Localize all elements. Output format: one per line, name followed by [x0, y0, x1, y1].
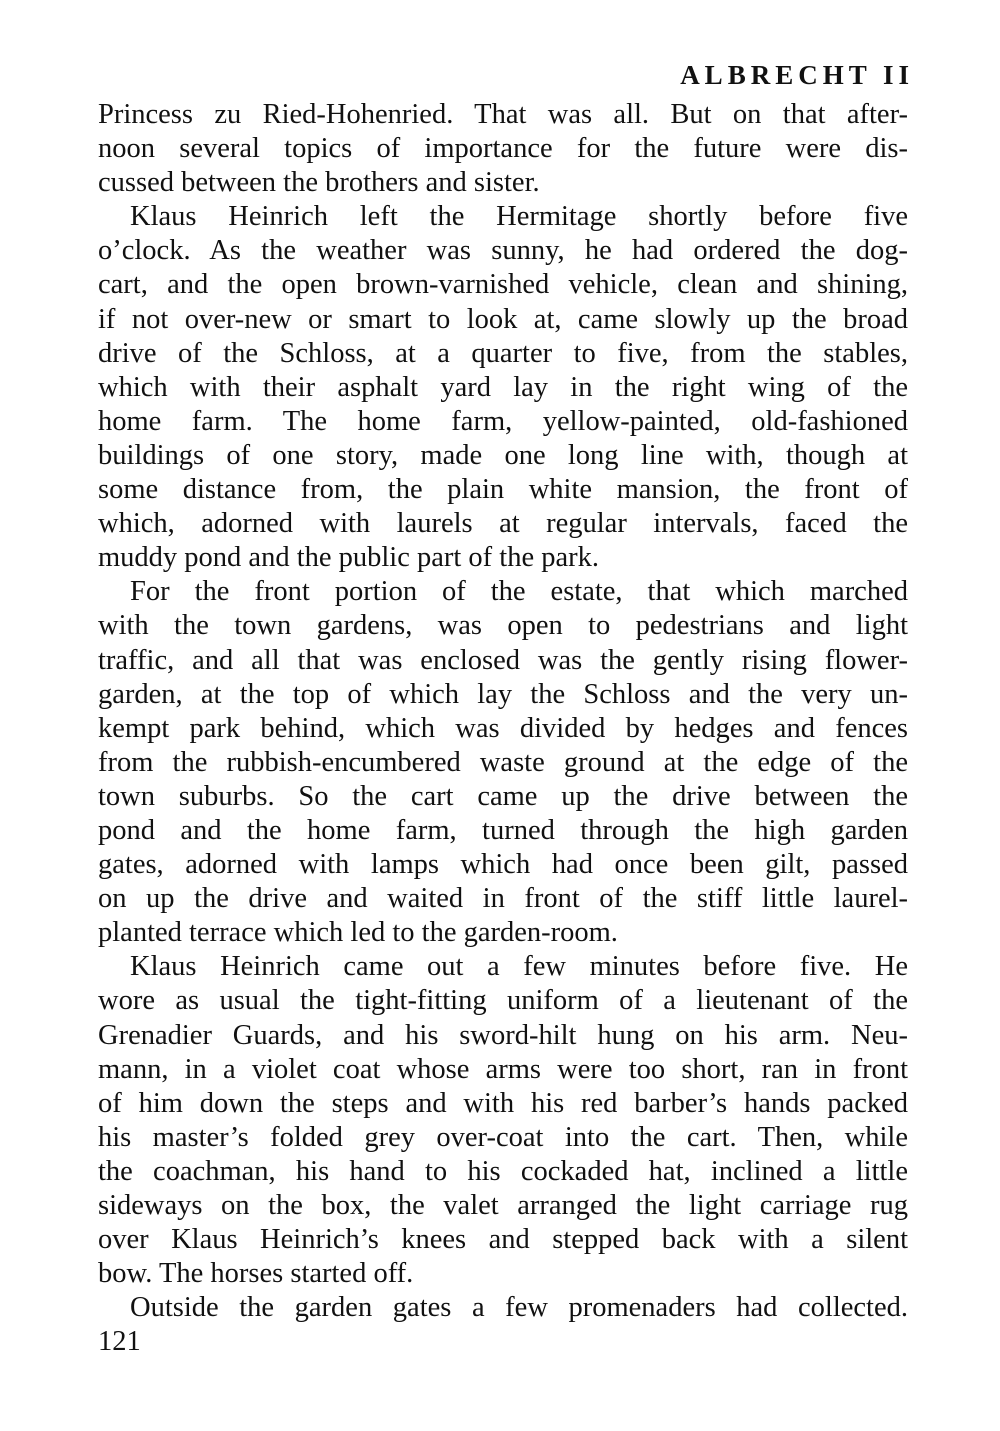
text-line: if not over-new or smart to look at, cam…: [98, 303, 908, 337]
running-head: ALBRECHT II: [98, 52, 914, 98]
text-line: over Klaus Heinrich’s knees and stepped …: [98, 1223, 908, 1257]
text-line: which with their asphalt yard lay in the…: [98, 371, 908, 405]
text-line: garden, at the top of which lay the Schl…: [98, 678, 908, 712]
text-line: sideways on the box, the valet arranged …: [98, 1189, 908, 1223]
text-line: buildings of one story, made one long li…: [98, 439, 908, 473]
body-text: Princess zu Ried-Hohenried. That was all…: [98, 98, 908, 1325]
text-line: from the rubbish-encumbered waste ground…: [98, 746, 908, 780]
text-line: Princess zu Ried-Hohenried. That was all…: [98, 98, 908, 132]
text-line: traffic, and all that was enclosed was t…: [98, 644, 908, 678]
text-line: For the front portion of the estate, tha…: [98, 575, 908, 609]
text-line: Outside the garden gates a few promenade…: [98, 1291, 908, 1325]
text-line: on up the drive and waited in front of t…: [98, 882, 908, 916]
text-line: wore as usual the tight-fitting uniform …: [98, 984, 908, 1018]
text-line: muddy pond and the public part of the pa…: [98, 541, 908, 575]
text-line: drive of the Schloss, at a quarter to fi…: [98, 337, 908, 371]
text-line: mann, in a violet coat whose arms were t…: [98, 1053, 908, 1087]
page-number: 121: [98, 1325, 908, 1359]
text-line: home farm. The home farm, yellow-painted…: [98, 405, 908, 439]
text-line: cart, and the open brown-varnished vehic…: [98, 268, 908, 302]
text-line: town suburbs. So the cart came up the dr…: [98, 780, 908, 814]
text-line: kempt park behind, which was divided by …: [98, 712, 908, 746]
text-line: o’clock. As the weather was sunny, he ha…: [98, 234, 908, 268]
book-page: ALBRECHT II Princess zu Ried-Hohenried. …: [98, 52, 908, 1359]
text-line: of him down the steps and with his red b…: [98, 1087, 908, 1121]
text-line: with the town gardens, was open to pedes…: [98, 609, 908, 643]
text-line: which, adorned with laurels at regular i…: [98, 507, 908, 541]
text-line: his master’s folded grey over-coat into …: [98, 1121, 908, 1155]
text-line: planted terrace which led to the garden-…: [98, 916, 908, 950]
text-line: gates, adorned with lamps which had once…: [98, 848, 908, 882]
text-line: cussed between the brothers and sister.: [98, 166, 908, 200]
text-line: some distance from, the plain white mans…: [98, 473, 908, 507]
text-line: Grenadier Guards, and his sword-hilt hun…: [98, 1019, 908, 1053]
text-line: the coachman, his hand to his cockaded h…: [98, 1155, 908, 1189]
text-line: Klaus Heinrich came out a few minutes be…: [98, 950, 908, 984]
text-line: Klaus Heinrich left the Hermitage shortl…: [98, 200, 908, 234]
text-line: bow. The horses started off.: [98, 1257, 908, 1291]
text-line: noon several topics of importance for th…: [98, 132, 908, 166]
text-line: pond and the home farm, turned through t…: [98, 814, 908, 848]
